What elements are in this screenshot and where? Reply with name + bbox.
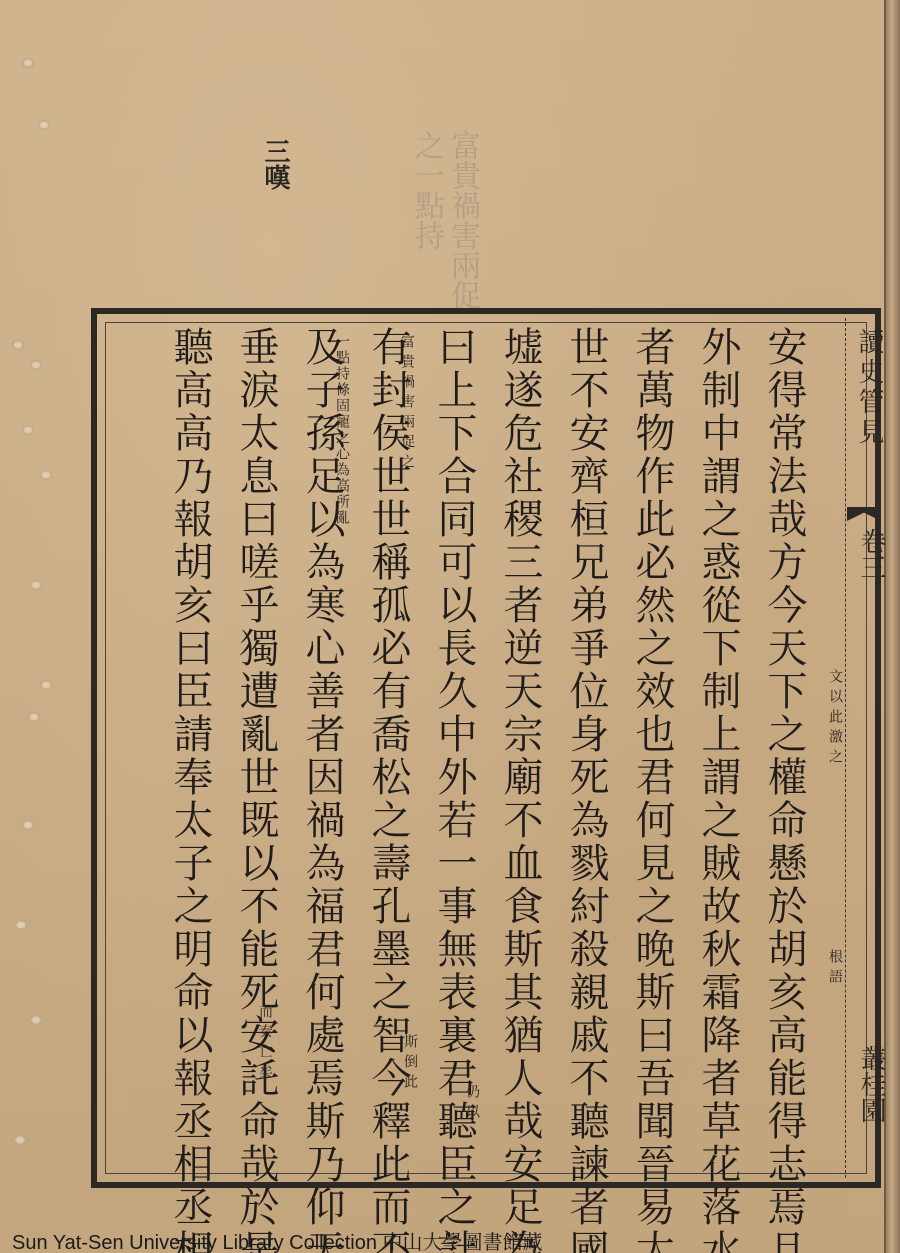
text-column: 外制中謂之惑從下制上謂之賊故秋霜降者草花落水搖動 [685,326,751,1176]
printed-frame: 安得常法哉方今天下之權命懸於胡亥高能得志焉且夫從 外制中謂之惑從下制上謂之賊故秋… [91,308,881,1188]
book-title: 讀史管見 [851,328,888,448]
worm-hole [14,1135,26,1145]
text-column: 聽高高乃報胡亥曰臣請奉太子之明命以報丞相丞相斯敢 [157,326,223,1176]
worm-hole [30,360,42,370]
collection-credit: Sun Yat-Sen University Library Collectio… [12,1226,543,1253]
interlinear-annotation: 文以此激之 [825,669,845,769]
text-column: 安得常法哉方今天下之權命懸於胡亥高能得志焉且夫從 [751,326,817,1176]
worm-hole [30,1015,42,1025]
volume-label: 卷三 [853,528,890,580]
worm-hole [40,470,52,480]
text-column: 者萬物作此必然之效也君何見之晚斯曰吾聞晉易太子三 [619,326,685,1176]
publisher-label: 叢桂園 [853,1045,890,1123]
page-number-label: 三嘆 [260,138,290,190]
interlinear-annotation: 而秦亡矣 [255,1004,275,1084]
worm-hole [22,820,34,830]
worm-hole [12,340,24,350]
worm-hole [30,580,42,590]
worm-hole [22,425,34,435]
main-text-block: 安得常法哉方今天下之權命懸於胡亥高能得志焉且夫從 外制中謂之惑從下制上謂之賊故秋… [117,326,817,1176]
interlinear-annotation: 一點持條固寵之心為高所亂 [332,334,352,526]
worm-hole [28,712,40,722]
bleed-through-text: 富貴禍害兩促之一點持 [300,130,480,310]
text-column: 曰上下合同可以長久中外若一事無表裏君聽臣之計即長 [421,326,487,1176]
worm-hole [40,680,52,690]
interlinear-annotation: 根語 [825,949,845,989]
text-column: 墟遂危社稷三者逆天宗廟不血食斯其猶人哉安足為謀高 [487,326,553,1176]
scanned-page: 三嘆 富貴禍害兩促之一點持 安得常法哉方今天下之權命懸於胡亥高能得志焉且夫從 外… [0,0,900,1253]
interlinear-annotation: 仍以 [462,1084,482,1124]
interlinear-annotation: 斯倒此 [400,1034,420,1094]
text-column: 世不安齊桓兄弟爭位身死為戮紂殺親戚不聽諫者國為丘 [553,326,619,1176]
interlinear-annotation: 富貴禍害兩促之 [397,334,417,474]
worm-hole [15,920,27,930]
worm-hole [22,58,34,68]
worm-hole [38,120,50,130]
